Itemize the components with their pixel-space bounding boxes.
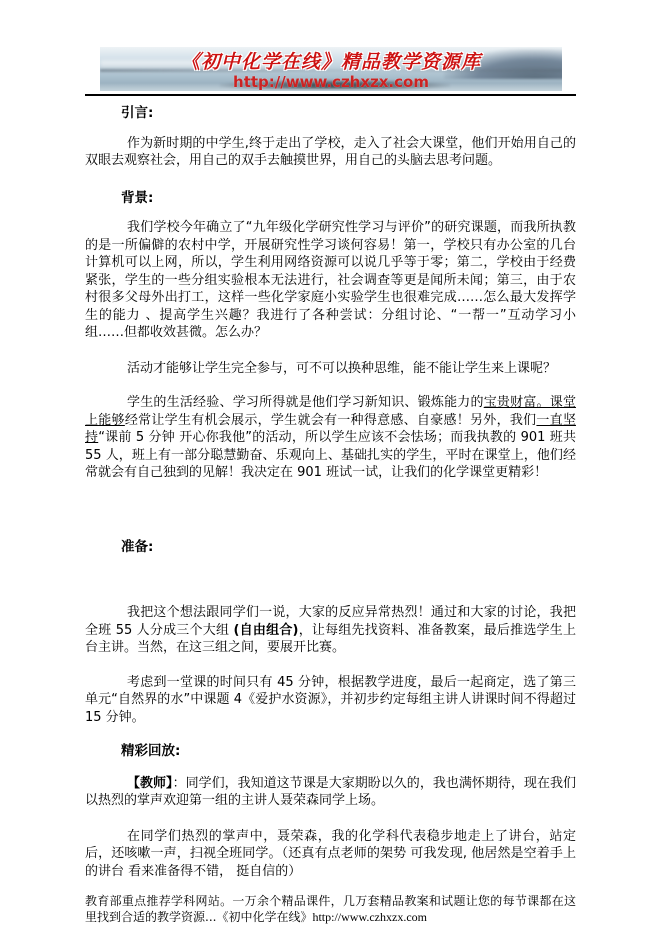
document-body: 引言: 作为新时期的中学生,终于走出了学校，走入了社会大课堂，他们开始用自己的双… xyxy=(85,105,576,925)
paragraph-teacher-speech: 【教师】：同学们，我知道这节课是大家期盼以久的，我也满怀期待，现在我们以热烈的掌… xyxy=(85,775,576,810)
paragraph-background-3: 学生的生活经验、学习所得就是他们学习新知识、锻炼能力的宝贵财富。课堂上能够经常让… xyxy=(85,394,576,482)
site-banner-image[interactable]: 《初中化学在线》精品教学资源库 http://www.czhxzx.com xyxy=(100,47,562,91)
paragraph-preparation-2: 考虑到一堂课的时间只有 45 分钟，根据教学进度，最后一起商定，选了第三单元“自… xyxy=(85,674,576,727)
footer-site-name: 《初中化学在线》 xyxy=(216,910,312,924)
speaker-label: 【教师】 xyxy=(127,776,173,791)
text-segment: “课前 5 分钟 开心你我他”的活动，所以学生应该不会怯场；而我执教的 901 … xyxy=(85,430,576,480)
paragraph-narration: 在同学们热烈的掌声中，聂荣森，我的化学科代表稳步地走上了讲台，站定后，还咳嗽一声… xyxy=(85,828,576,881)
bold-text: (自由组合) xyxy=(234,623,299,638)
heading-highlights: 精彩回放: xyxy=(85,743,576,761)
banner-site-title: 《初中化学在线》精品教学资源库 xyxy=(100,50,562,74)
banner-site-url[interactable]: http://www.czhxzx.com xyxy=(100,74,562,90)
paragraph-introduction: 作为新时期的中学生,终于走出了学校，走入了社会大课堂，他们开始用自己的双眼去观察… xyxy=(85,135,576,170)
text-segment: 学生的生活经验、学习所得就是他们学习新知识、锻炼能力的 xyxy=(127,395,484,410)
footer-site-url[interactable]: http://www.czhxzx.com xyxy=(312,910,427,924)
text-segment: 经常让学生有机会展示，学生就会有一种得意感、自豪感！另外，我们 xyxy=(125,413,537,428)
paragraph-background-1: 我们学校今年确立了“九年级化学研究性学习与评价”的研究课题，而我所执教的是一所偏… xyxy=(85,219,576,342)
heading-introduction: 引言: xyxy=(85,105,576,123)
paragraph-preparation-1: 我把这个想法跟同学们一说，大家的反应异常热烈！通过和大家的讨论，我把全班 55 … xyxy=(85,604,576,657)
header: 《初中化学在线》精品教学资源库 http://www.czhxzx.com xyxy=(85,47,576,96)
heading-preparation: 准备: xyxy=(85,539,576,557)
heading-background: 背景: xyxy=(85,190,576,208)
page-footer: 教育部重点推荐学科网站。一万余个精品课件，几万套精品教案和试题让您的每节课都在这… xyxy=(85,894,576,925)
paragraph-background-2: 活动才能够让学生完全参与，可不可以换种思维，能不能让学生来上课呢？ xyxy=(85,360,576,378)
document-page: 《初中化学在线》精品教学资源库 http://www.czhxzx.com 引言… xyxy=(0,0,661,935)
